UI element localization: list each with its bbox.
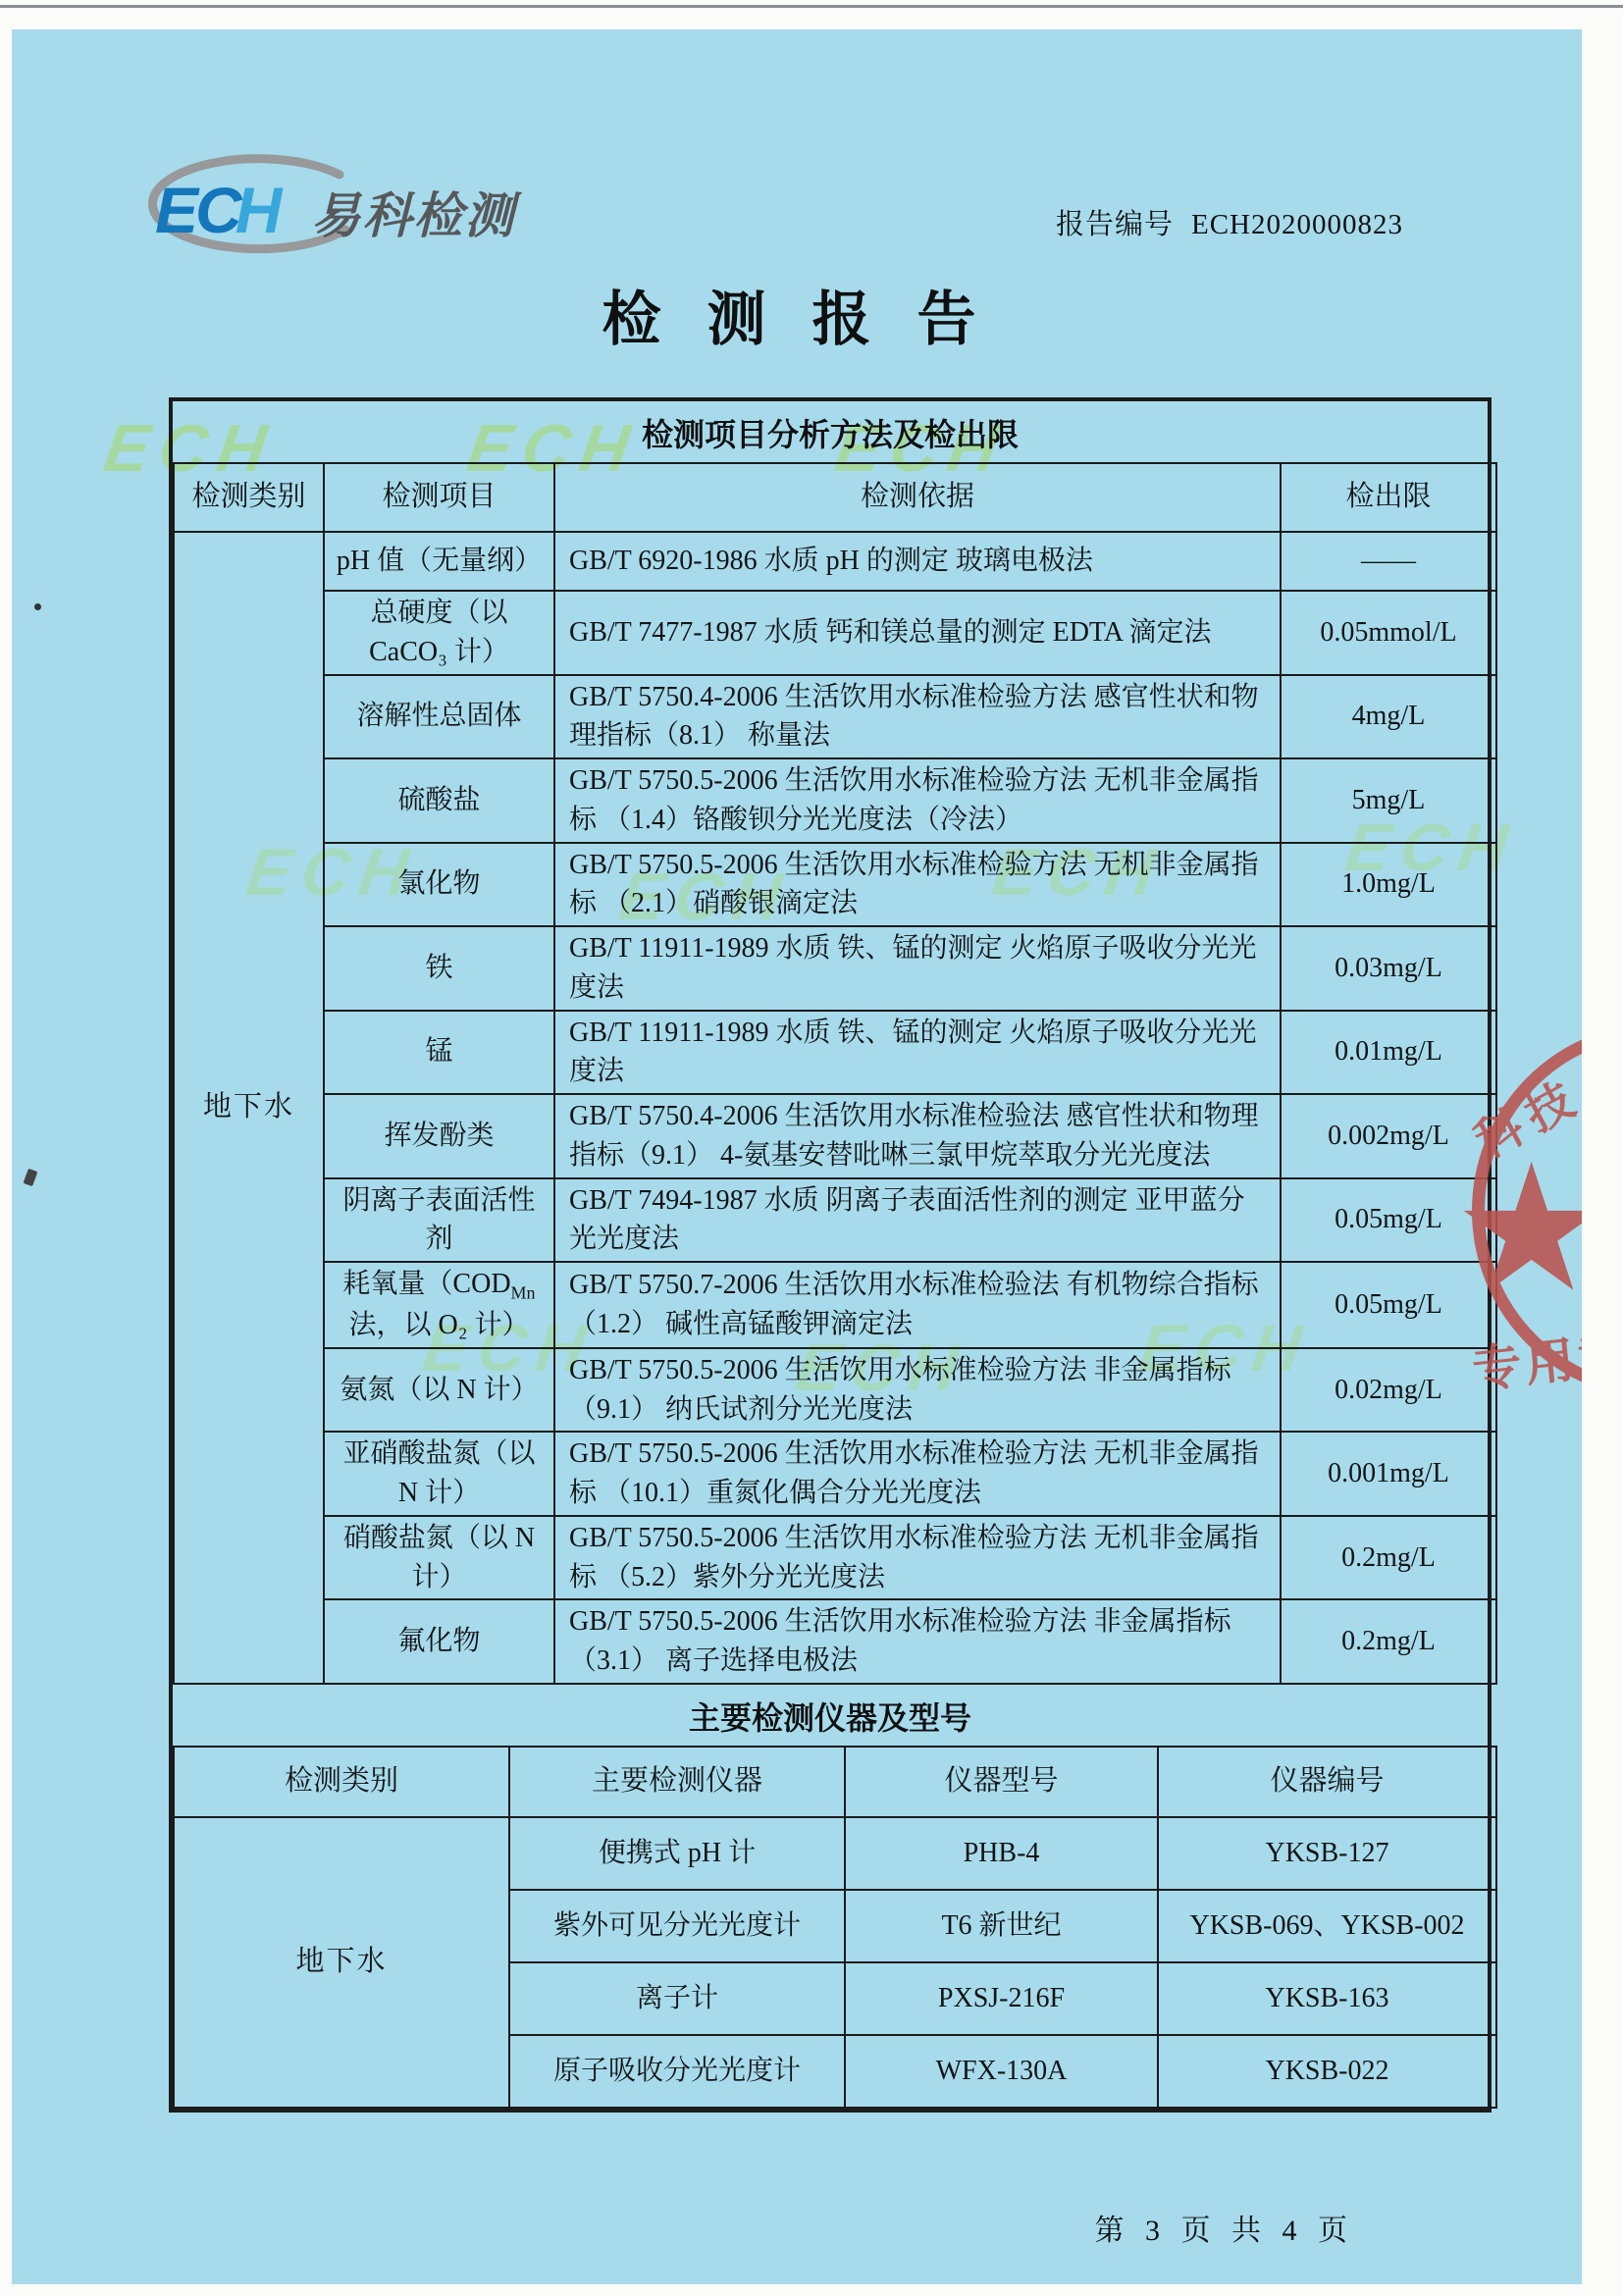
- header-category: 检测类别: [174, 1747, 509, 1817]
- item-cell: 锰: [324, 1011, 554, 1095]
- limit-cell: 5mg/L: [1281, 758, 1496, 843]
- model-cell: PXSJ-216F: [845, 1962, 1158, 2035]
- header-instrument: 主要检测仪器: [509, 1747, 845, 1817]
- limit-cell: 0.2mg/L: [1281, 1516, 1496, 1600]
- table-header-row: 检测类别 主要检测仪器 仪器型号 仪器编号: [174, 1747, 1496, 1817]
- method-cell: GB/T 5750.5-2006 生活饮用水标准检验方法 无机非金属指标 （2.…: [554, 843, 1281, 927]
- item-cell: 铁: [324, 926, 554, 1011]
- table-row: 铁 GB/T 11911-1989 水质 铁、锰的测定 火焰原子吸收分光光度法 …: [174, 926, 1496, 1011]
- table-row: 总硬度（以 CaCO₃ 计） GB/T 7477-1987 水质 钙和镁总量的测…: [174, 591, 1496, 675]
- report-tables: 检测项目分析方法及检出限 检测类别 检测项目 检测依据 检出限 地下水 pH 值…: [169, 397, 1492, 2113]
- header-serial: 仪器编号: [1158, 1747, 1496, 1817]
- item-cell: 硫酸盐: [324, 758, 554, 843]
- item-cell: 氯化物: [324, 843, 554, 927]
- table-row: 耗氧量（CODMn 法，以 O₂ 计） GB/T 5750.7-2006 生活饮…: [174, 1262, 1496, 1348]
- category-cell: 地下水: [174, 1817, 509, 2108]
- table-row: 阴离子表面活性 剂 GB/T 7494-1987 水质 阴离子表面活性剂的测定 …: [174, 1178, 1496, 1263]
- serial-cell: YKSB-163: [1158, 1962, 1496, 2035]
- method-cell: GB/T 7494-1987 水质 阴离子表面活性剂的测定 亚甲蓝分光光度法: [554, 1178, 1281, 1263]
- item-cell: pH 值（无量纲）: [324, 532, 554, 591]
- method-cell: GB/T 5750.5-2006 生活饮用水标准检验方法 非金属指标（9.1） …: [554, 1348, 1281, 1433]
- method-cell: GB/T 11911-1989 水质 铁、锰的测定 火焰原子吸收分光光度法: [554, 1011, 1281, 1095]
- table-header-row: 检测类别 检测项目 检测依据 检出限: [174, 463, 1496, 532]
- model-cell: PHB-4: [845, 1817, 1158, 1890]
- item-cell: 亚硝酸盐氮（以 N 计）: [324, 1432, 554, 1516]
- limit-cell: 0.01mg/L: [1281, 1011, 1496, 1095]
- header-basis: 检测依据: [554, 463, 1281, 532]
- header-limit: 检出限: [1281, 463, 1496, 532]
- subscript: Mn: [511, 1283, 536, 1303]
- method-cell: GB/T 5750.5-2006 生活饮用水标准检验方法 无机非金属指标 （1.…: [554, 758, 1281, 843]
- item-cell: 氨氮（以 N 计）: [324, 1348, 554, 1433]
- limit-cell: 0.05mmol/L: [1281, 591, 1496, 675]
- method-cell: GB/T 5750.4-2006 生活饮用水标准检验法 感官性状和物理指标（9.…: [554, 1094, 1281, 1178]
- scan-speck: [34, 603, 41, 610]
- method-cell: GB/T 5750.5-2006 生活饮用水标准检验方法 无机非金属指标 （5.…: [554, 1516, 1281, 1600]
- document-title: 检 测 报 告: [12, 273, 1582, 357]
- logo-ec-letters: EC: [155, 174, 239, 246]
- item-cell: 挥发酚类: [324, 1094, 554, 1178]
- method-cell: GB/T 11911-1989 水质 铁、锰的测定 火焰原子吸收分光光度法: [554, 926, 1281, 1011]
- table-row: 地下水 便携式 pH 计 PHB-4 YKSB-127: [174, 1817, 1496, 1890]
- table-row: 亚硝酸盐氮（以 N 计） GB/T 5750.5-2006 生活饮用水标准检验方…: [174, 1432, 1496, 1516]
- report-number: 报告编号ECH2020000823: [1056, 202, 1403, 242]
- method-cell: GB/T 5750.5-2006 生活饮用水标准检验方法 无机非金属指标 （10…: [554, 1432, 1281, 1516]
- limit-cell: 0.03mg/L: [1281, 926, 1496, 1011]
- scan-pen-mark: [24, 1169, 38, 1186]
- table-row: 硫酸盐 GB/T 5750.5-2006 生活饮用水标准检验方法 无机非金属指标…: [174, 758, 1496, 843]
- limit-cell: 0.02mg/L: [1281, 1348, 1496, 1433]
- analysis-section-title: 检测项目分析方法及检出限: [173, 401, 1488, 462]
- scanned-report-page: ECH ECH ECH ECH ECH ECH ECH ECH ECH ECH …: [0, 0, 1623, 2296]
- item-cell: 阴离子表面活性 剂: [324, 1178, 554, 1263]
- table-row: 锰 GB/T 11911-1989 水质 铁、锰的测定 火焰原子吸收分光光度法 …: [174, 1011, 1496, 1095]
- table-row: 硝酸盐氮（以 N 计） GB/T 5750.5-2006 生活饮用水标准检验方法…: [174, 1516, 1496, 1600]
- item-cell: 氟化物: [324, 1599, 554, 1684]
- analysis-methods-table: 检测类别 检测项目 检测依据 检出限 地下水 pH 值（无量纲） GB/T 69…: [173, 462, 1497, 1685]
- method-cell: GB/T 6920-1986 水质 pH 的测定 玻璃电极法: [554, 532, 1281, 591]
- table-row: 地下水 pH 值（无量纲） GB/T 6920-1986 水质 pH 的测定 玻…: [174, 532, 1496, 591]
- item-cell: 总硬度（以 CaCO₃ 计）: [324, 591, 554, 675]
- limit-cell: ——: [1281, 532, 1496, 591]
- instrument-cell: 离子计: [509, 1962, 845, 2035]
- limit-cell: 4mg/L: [1281, 675, 1496, 759]
- logo-company-name: 易科检测: [311, 188, 515, 243]
- instrument-cell: 便携式 pH 计: [509, 1817, 845, 1890]
- serial-cell: YKSB-022: [1158, 2035, 1496, 2108]
- instruments-table: 检测类别 主要检测仪器 仪器型号 仪器编号 地下水 便携式 pH 计 PHB-4…: [173, 1746, 1497, 2109]
- method-cell: GB/T 5750.4-2006 生活饮用水标准检验方法 感官性状和物理指标（8…: [554, 675, 1281, 759]
- serial-cell: YKSB-069、YKSB-002: [1158, 1890, 1496, 1962]
- limit-cell: 1.0mg/L: [1281, 843, 1496, 927]
- serial-cell: YKSB-127: [1158, 1817, 1496, 1890]
- header-category: 检测类别: [174, 463, 324, 532]
- method-cell: GB/T 5750.5-2006 生活饮用水标准检验方法 非金属指标（3.1） …: [554, 1599, 1281, 1684]
- instrument-cell: 紫外可见分光光度计: [509, 1890, 845, 1962]
- table-row: 氟化物 GB/T 5750.5-2006 生活饮用水标准检验方法 非金属指标（3…: [174, 1599, 1496, 1684]
- model-cell: WFX-130A: [845, 2035, 1158, 2108]
- table-row: 挥发酚类 GB/T 5750.4-2006 生活饮用水标准检验法 感官性状和物理…: [174, 1094, 1496, 1178]
- limit-cell: 0.001mg/L: [1281, 1432, 1496, 1516]
- instruments-section-title: 主要检测仪器及型号: [173, 1685, 1488, 1746]
- item-cell: 硝酸盐氮（以 N 计）: [324, 1516, 554, 1600]
- method-cell: GB/T 7477-1987 水质 钙和镁总量的测定 EDTA 滴定法: [554, 591, 1281, 675]
- limit-cell: 0.2mg/L: [1281, 1599, 1496, 1684]
- logo-h-letter: H: [236, 174, 283, 246]
- table-row: 溶解性总固体 GB/T 5750.4-2006 生活饮用水标准检验方法 感官性状…: [174, 675, 1496, 759]
- method-cell: GB/T 5750.7-2006 生活饮用水标准检验法 有机物综合指标（1.2）…: [554, 1262, 1281, 1348]
- scan-edge-line: [0, 5, 1623, 8]
- page-number: 第 3 页 共 4 页: [1095, 2206, 1355, 2249]
- header-item: 检测项目: [324, 463, 554, 532]
- report-page: ECH ECH ECH ECH ECH ECH ECH ECH ECH ECH …: [12, 29, 1582, 2284]
- header-model: 仪器型号: [845, 1747, 1158, 1817]
- item-cell: 耗氧量（CODMn 法，以 O₂ 计）: [324, 1262, 554, 1348]
- instrument-cell: 原子吸收分光光度计: [509, 2035, 845, 2108]
- report-number-value: ECH2020000823: [1191, 209, 1403, 240]
- category-cell: 地下水: [174, 532, 324, 1684]
- report-number-label: 报告编号: [1056, 209, 1174, 240]
- table-row: 氯化物 GB/T 5750.5-2006 生活饮用水标准检验方法 无机非金属指标…: [174, 843, 1496, 927]
- item-cell: 溶解性总固体: [324, 675, 554, 759]
- model-cell: T6 新世纪: [845, 1890, 1158, 1962]
- table-row: 氨氮（以 N 计） GB/T 5750.5-2006 生活饮用水标准检验方法 非…: [174, 1348, 1496, 1433]
